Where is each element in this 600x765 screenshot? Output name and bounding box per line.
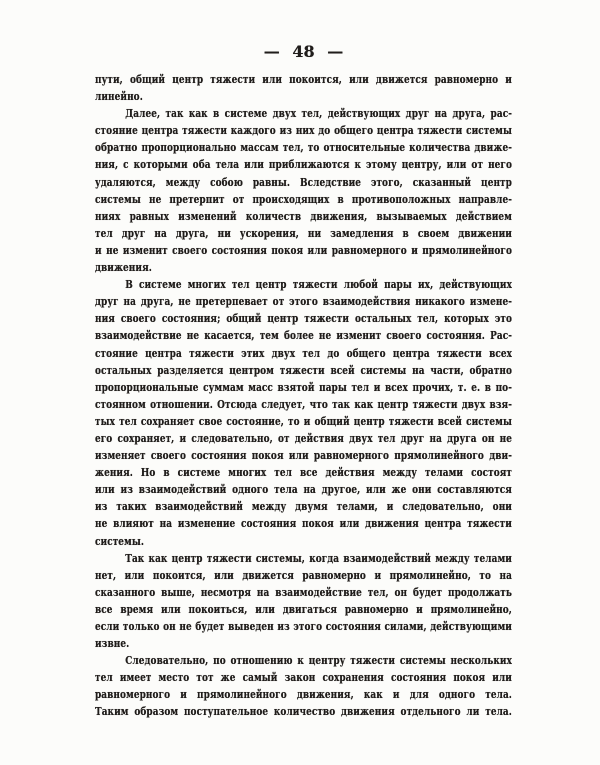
text-line: стояние центра тяжести этих двух тел до … bbox=[95, 345, 512, 362]
text-line: из таких взаимодействий между двумя тела… bbox=[95, 498, 512, 515]
text-block: пути, общий центр тяжести или покоится, … bbox=[95, 71, 512, 721]
text-line: взаимодействие не касается, тем более не… bbox=[95, 327, 512, 344]
text-line: если только он не будет выведен из этого… bbox=[95, 618, 512, 635]
text-line: тел имеет место тот же самый закон сохра… bbox=[95, 669, 512, 686]
text-line: пропорциональные суммам масс взятой пары… bbox=[95, 379, 512, 396]
paragraph: В системе многих тел центр тяжести любой… bbox=[95, 276, 512, 550]
text-line: линейно. bbox=[95, 88, 512, 105]
text-line: пути, общий центр тяжести или покоится, … bbox=[95, 71, 512, 88]
text-line: системы. bbox=[95, 533, 512, 550]
text-line: изменяет своего состояния покоя или равн… bbox=[95, 447, 512, 464]
text-line: сказанного выше, несмотря на взаимодейст… bbox=[95, 584, 512, 601]
text-line: удаляются, между собою равны. Вследствие… bbox=[95, 174, 512, 191]
text-line: движения. bbox=[95, 259, 512, 276]
text-line: равномерного и прямолинейного движения, … bbox=[95, 686, 512, 703]
paragraph: Далее, так как в системе двух тел, дейст… bbox=[95, 105, 512, 276]
text-line: ния, с которыми оба тела или приближаютс… bbox=[95, 156, 512, 173]
text-line: тел друг на друга, ни ускорения, ни заме… bbox=[95, 225, 512, 242]
text-line: системы не претерпит от происходящих в п… bbox=[95, 191, 512, 208]
text-line: Следовательно, по отношению к центру тяж… bbox=[95, 652, 512, 669]
paragraph: Следовательно, по отношению к центру тяж… bbox=[95, 652, 512, 720]
text-line: Так как центр тяжести системы, когда вза… bbox=[95, 550, 512, 567]
text-line: все время или покоиться, или двигаться р… bbox=[95, 601, 512, 618]
text-line: стоянном отношении. Отсюда следует, что … bbox=[95, 396, 512, 413]
text-line: нет, или покоится, или движется равномер… bbox=[95, 567, 512, 584]
text-line: Таким образом поступательное количество … bbox=[95, 703, 512, 720]
text-line: или из взаимодействий одного тела на дру… bbox=[95, 481, 512, 498]
text-line: обратно пропорционально массам тел, то о… bbox=[95, 139, 512, 156]
text-line: стояние центра тяжести каждого из них до… bbox=[95, 122, 512, 139]
paragraph: пути, общий центр тяжести или покоится, … bbox=[95, 71, 512, 105]
text-line: его сохраняет, и следовательно, от дейст… bbox=[95, 430, 512, 447]
page-number-header: — 48 — bbox=[95, 42, 512, 61]
text-line: ния своего состояния; общий центр тяжест… bbox=[95, 310, 512, 327]
text-line: жения. Но в системе многих тел все дейст… bbox=[95, 464, 512, 481]
text-line: извне. bbox=[95, 635, 512, 652]
text-line: ниях равных изменений количеств движения… bbox=[95, 208, 512, 225]
text-line: друг на друга, не претерпевает от этого … bbox=[95, 293, 512, 310]
text-line: В системе многих тел центр тяжести любой… bbox=[95, 276, 512, 293]
text-line: тых тел сохраняет свое состояние, то и о… bbox=[95, 413, 512, 430]
text-line: остальных разделяется центром тяжести вс… bbox=[95, 362, 512, 379]
text-line: и не изменит своего состояния покоя или … bbox=[95, 242, 512, 259]
book-page-scan: — 48 — пути, общий центр тяжести или пок… bbox=[0, 0, 600, 765]
text-line: не влияют на изменение состояния покоя и… bbox=[95, 515, 512, 532]
paragraph: Так как центр тяжести системы, когда вза… bbox=[95, 550, 512, 653]
text-line: Далее, так как в системе двух тел, дейст… bbox=[95, 105, 512, 122]
